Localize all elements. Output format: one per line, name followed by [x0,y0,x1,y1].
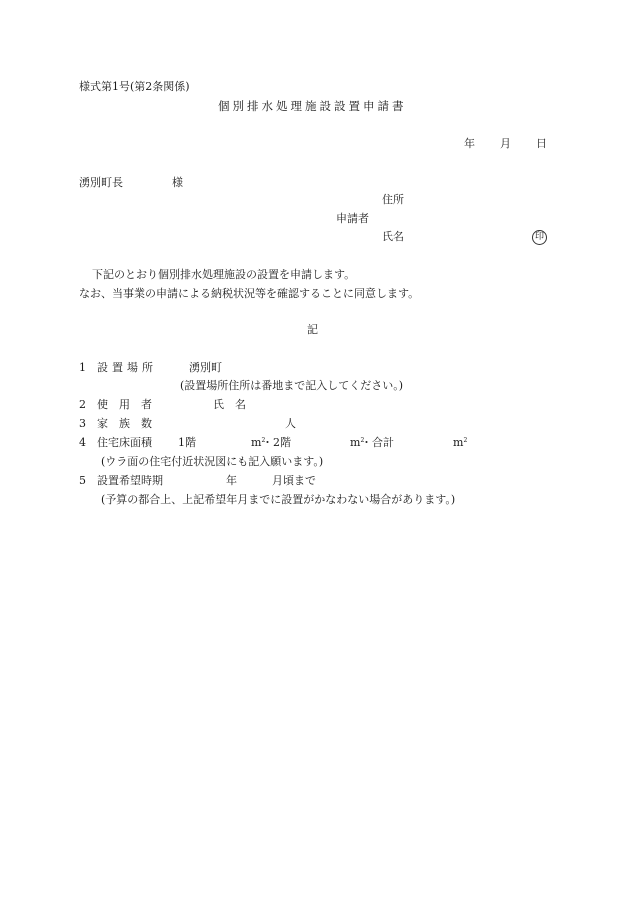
item-4-total-label: ・合計 [361,436,394,450]
item-4-note: (ウラ面の住宅付近状況図にも記入願います。) [101,455,323,469]
item-5-number: 5 [79,474,86,488]
item-4-floor1-label: 1階 [178,436,196,450]
applicant-address-label: 住所 [382,193,404,207]
item-4-number: 4 [79,436,86,450]
seal-icon: 印 [532,230,547,245]
item-1-number: 1 [79,361,86,375]
body-line-2: なお、当事業の申請による納税状況等を確認することに同意します。 [79,287,419,301]
item-4-floor2-label: ・2階 [262,436,291,450]
item-4-unit-3: m2 [453,436,467,450]
applicant-label: 申請者 [336,212,369,226]
item-1-label: 設置場所 [97,361,157,375]
item-3-label: 家族数 [97,417,163,431]
addressee-name: 湧別町長 [79,176,123,190]
item-5-year-label: 年 [226,474,237,488]
item-2-sub-label: 氏 名 [213,398,246,412]
form-number: 様式第1号(第2条関係) [79,80,190,94]
ki-heading: 記 [307,323,318,337]
item-2-number: 2 [79,398,86,412]
item-5-note: (予算の都合上、上記希望年月までに設置がかなわない場合があります。) [101,493,455,507]
applicant-name-label: 氏名 [382,230,404,244]
body-line-1: 下記のとおり個別排水処理施設の設置を申請します。 [92,268,355,282]
item-5-month-label: 月頃まで [272,474,316,488]
date-day-label: 日 [536,137,547,151]
item-3-number: 3 [79,417,86,431]
item-1-note: (設置場所住所は番地まで記入してください。) [180,379,403,393]
item-1-value: 湧別町 [189,361,222,375]
item-3-unit: 人 [285,417,296,431]
item-4-label: 住宅床面積 [97,436,152,450]
item-5-label: 設置希望時期 [97,474,163,488]
item-2-label: 使用者 [97,398,163,412]
date-month-label: 月 [500,137,511,151]
form-title: 個別排水処理施設設置申請書 [218,99,407,113]
addressee-honorific: 様 [172,176,183,190]
date-year-label: 年 [464,137,475,151]
